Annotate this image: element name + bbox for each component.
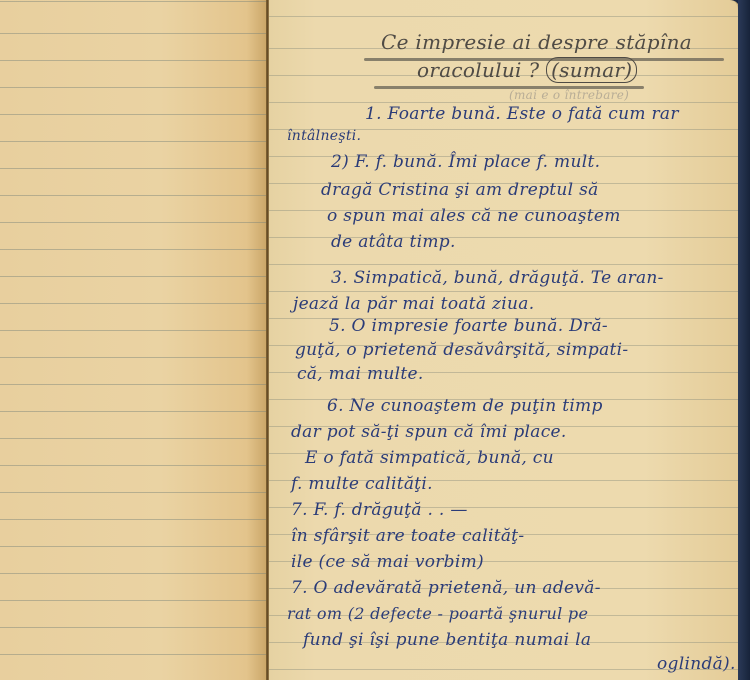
title-line-1: Ce impresie ai despre stăpîna: [381, 30, 692, 54]
right-page: Ce impresie ai despre stăpîna oracolului…: [269, 0, 740, 680]
answer-line: 1. Foarte bună. Este o fată cum rar: [365, 104, 679, 124]
open-notebook: Ce impresie ai despre stăpîna oracolului…: [0, 0, 750, 680]
answer-line: în sfârşit are toate calităţ-: [291, 526, 524, 546]
answer-line: E o fată simpatică, bună, cu: [305, 448, 554, 468]
answer-line: 3. Simpatică, bună, drăguţă. Te aran-: [331, 268, 664, 288]
answer-line: că, mai multe.: [297, 364, 424, 384]
answer-line: o spun mai ales că ne cunoaştem: [327, 206, 621, 226]
answer-line: 7. O adevărată prietenă, un adevă-: [291, 578, 601, 598]
title-question: oracolului ?: [417, 58, 539, 82]
answer-line: de atâta timp.: [331, 232, 456, 252]
answer-line: dar pot să-ţi spun că îmi place.: [291, 422, 567, 442]
pencil-note: (mai e o întrebare): [509, 88, 629, 102]
notebook-cover-edge: [738, 0, 750, 680]
title-tag-sumar: (sumar): [546, 57, 637, 83]
answer-line: jează la păr mai toată ziua.: [293, 294, 534, 314]
answer-line: 5. O impresie foarte bună. Dră-: [329, 316, 608, 336]
answer-line: oglindă).: [657, 654, 736, 674]
answer-line: 2) F. f. bună. Îmi place f. mult.: [331, 152, 600, 172]
answer-line: f. multe calităţi.: [291, 474, 433, 494]
answer-line: ile (ce să mai vorbim): [291, 552, 484, 572]
answer-line: guţă, o prietenă desăvârşită, simpati-: [295, 340, 628, 360]
answer-line: 6. Ne cunoaştem de puţin timp: [327, 396, 603, 416]
answer-line: rat om (2 defecte - poartă şnurul pe: [287, 604, 588, 623]
answer-line: dragă Cristina şi am dreptul să: [321, 180, 599, 200]
answer-line: fund şi îşi pune bentiţa numai la: [303, 630, 591, 650]
left-page-blank: [0, 0, 268, 680]
answer-line: întâlneşti.: [287, 128, 361, 144]
title-line-2: oracolului ? (sumar): [417, 58, 637, 82]
answer-line: 7. F. f. drăguţă . . —: [291, 500, 468, 520]
